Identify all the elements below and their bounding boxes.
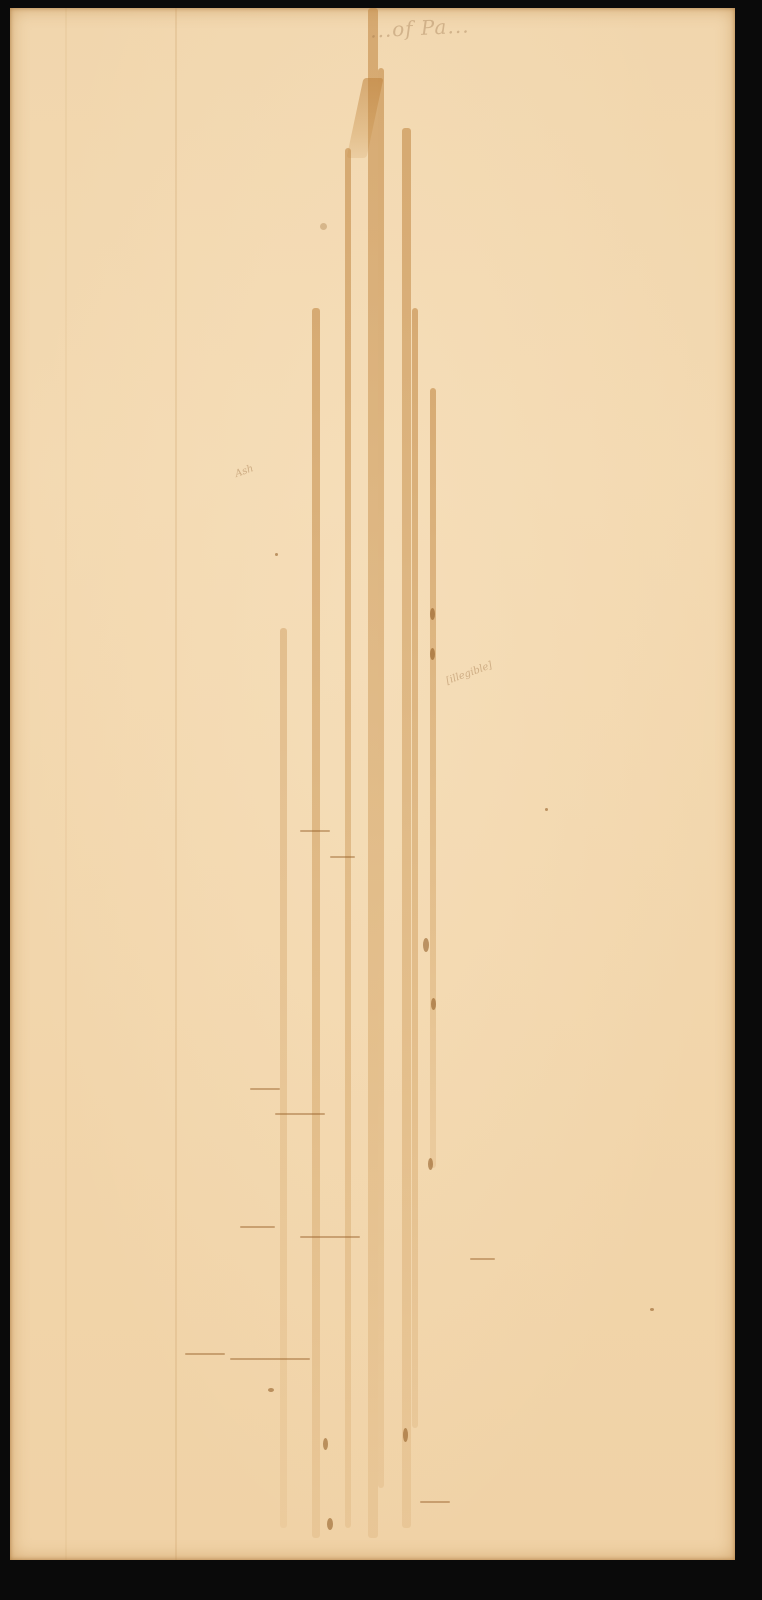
stain-spot	[430, 648, 435, 660]
stain-drip	[345, 148, 351, 1528]
stain-drip	[378, 68, 384, 1488]
stain-dash	[300, 1236, 360, 1238]
stain-spot	[430, 608, 435, 620]
stain-drip	[280, 628, 287, 1528]
stain-dash	[275, 1113, 325, 1115]
stain-spot	[327, 1518, 333, 1530]
stain-dash	[330, 856, 355, 858]
stain-spot	[320, 223, 327, 230]
stain-spot	[268, 1388, 274, 1392]
stain-spot	[428, 1158, 433, 1170]
header-inscription: ...of Pa...	[369, 13, 470, 42]
stain-spot	[403, 1428, 408, 1442]
stain-dash	[300, 830, 330, 832]
stain-dash	[185, 1353, 225, 1355]
stain-drip	[368, 8, 378, 1538]
stain-spot	[545, 808, 548, 811]
stain-dash	[470, 1258, 495, 1260]
stain-spot	[423, 938, 429, 952]
fold-line	[175, 8, 177, 1560]
stain-spot	[323, 1438, 328, 1450]
stain-spot	[431, 998, 436, 1010]
marginal-note: [illegible]	[445, 660, 494, 687]
marginal-note: Ash	[234, 463, 255, 480]
stain-spot	[275, 553, 278, 556]
stain-dash	[230, 1358, 310, 1360]
fold-line	[65, 8, 67, 1560]
stain-dash	[420, 1501, 450, 1503]
stain-drip	[402, 128, 411, 1528]
stain-dash	[250, 1088, 280, 1090]
stain-dash	[240, 1226, 275, 1228]
stain-drip	[312, 308, 320, 1538]
stain-drip	[430, 388, 436, 1168]
paper-sheet: ...of Pa... Ash [illegible]	[10, 8, 735, 1560]
stain-drip	[412, 308, 418, 1428]
stain-spot	[650, 1308, 654, 1311]
